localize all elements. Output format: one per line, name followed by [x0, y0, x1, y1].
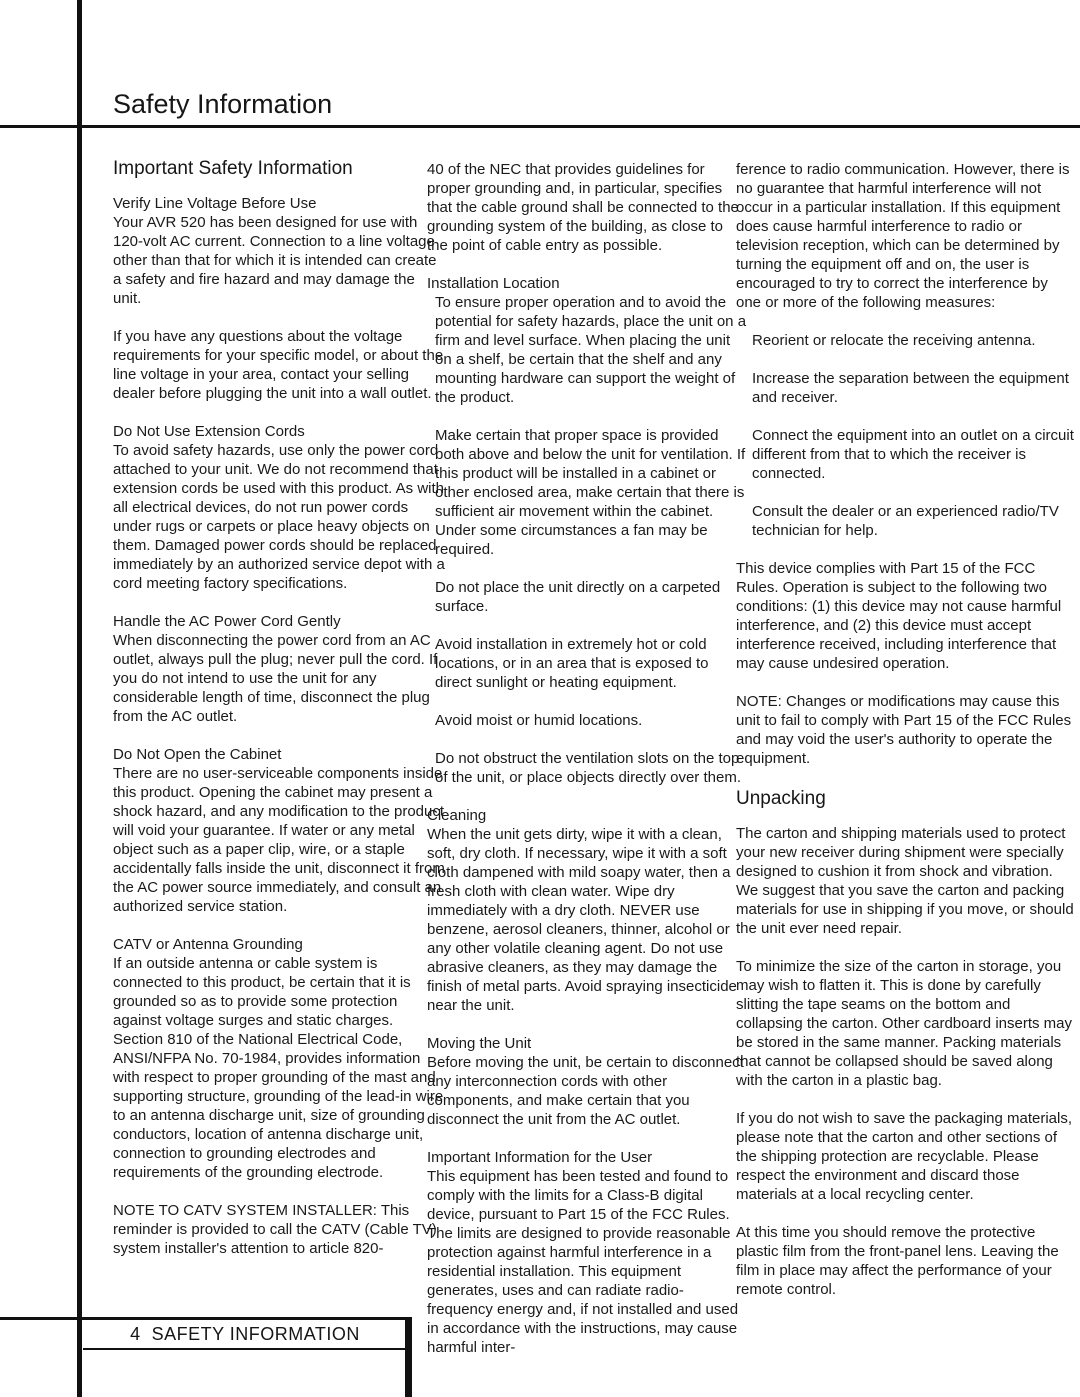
section-heading: Unpacking: [736, 787, 1076, 811]
list-item: Connect the equipment into an outlet on …: [736, 426, 1076, 483]
paragraph: NOTE: Changes or modifications may cause…: [736, 692, 1076, 768]
paragraph: This equipment has been tested and found…: [427, 1167, 747, 1357]
page-footer: 4SAFETY INFORMATION: [83, 1324, 407, 1344]
column-right: ference to radio communication. However,…: [736, 160, 1076, 1318]
left-border-rule: [77, 0, 82, 1397]
paragraph: Before moving the unit, be certain to di…: [427, 1053, 747, 1129]
sub-heading: CATV or Antenna Grounding: [113, 935, 447, 954]
section-heading: Important Safety Information: [113, 157, 447, 181]
paragraph: When the unit gets dirty, wipe it with a…: [427, 825, 747, 1015]
sub-heading: Installation Location: [427, 274, 747, 293]
paragraph: ference to radio communication. However,…: [736, 160, 1076, 312]
column-left: Important Safety InformationVerify Line …: [113, 157, 447, 1277]
sub-heading: Important Information for the User: [427, 1148, 747, 1167]
sub-heading: Handle the AC Power Cord Gently: [113, 612, 447, 631]
sub-heading: Do Not Open the Cabinet: [113, 745, 447, 764]
paragraph: Do not obstruct the ventilation slots on…: [427, 749, 747, 787]
paragraph: Avoid installation in extremely hot or c…: [427, 635, 747, 692]
paragraph: If you do not wish to save the packaging…: [736, 1109, 1076, 1204]
paragraph: To minimize the size of the carton in st…: [736, 957, 1076, 1090]
paragraph: To avoid safety hazards, use only the po…: [113, 441, 447, 593]
list-item: Increase the separation between the equi…: [736, 369, 1076, 407]
manual-page: Safety Information Important Safety Info…: [0, 0, 1080, 1397]
page-title: Safety Information: [113, 90, 332, 118]
paragraph: Avoid moist or humid locations.: [427, 711, 747, 730]
paragraph: Make certain that proper space is provid…: [427, 426, 747, 559]
footer-bottom-rule: [83, 1348, 407, 1350]
sub-heading: Do Not Use Extension Cords: [113, 422, 447, 441]
footer-section-label: SAFETY INFORMATION: [152, 1324, 360, 1344]
paragraph: This device complies with Part 15 of the…: [736, 559, 1076, 673]
column-middle: 40 of the NEC that provides guidelines f…: [427, 160, 747, 1376]
paragraph: 40 of the NEC that provides guidelines f…: [427, 160, 747, 255]
paragraph: The carton and shipping materials used t…: [736, 824, 1076, 938]
paragraph: If an outside antenna or cable system is…: [113, 954, 447, 1182]
paragraph: When disconnecting the power cord from a…: [113, 631, 447, 726]
paragraph: At this time you should remove the prote…: [736, 1223, 1076, 1299]
list-item: Reorient or relocate the receiving anten…: [736, 331, 1076, 350]
paragraph: Your AVR 520 has been designed for use w…: [113, 213, 447, 308]
footer-page-number: 4: [130, 1324, 141, 1344]
paragraph: There are no user-serviceable components…: [113, 764, 447, 916]
list-item: Consult the dealer or an experienced rad…: [736, 502, 1076, 540]
footer-top-rule: [0, 1317, 407, 1320]
paragraph: Do not place the unit directly on a carp…: [427, 578, 747, 616]
sub-heading: Cleaning: [427, 806, 747, 825]
sub-heading: Verify Line Voltage Before Use: [113, 194, 447, 213]
header-divider-rule: [0, 125, 1080, 128]
paragraph: NOTE TO CATV SYSTEM INSTALLER: This remi…: [113, 1201, 447, 1258]
paragraph: If you have any questions about the volt…: [113, 327, 447, 403]
sub-heading: Moving the Unit: [427, 1034, 747, 1053]
paragraph: To ensure proper operation and to avoid …: [427, 293, 747, 407]
footer-vertical-rule: [405, 1317, 412, 1397]
